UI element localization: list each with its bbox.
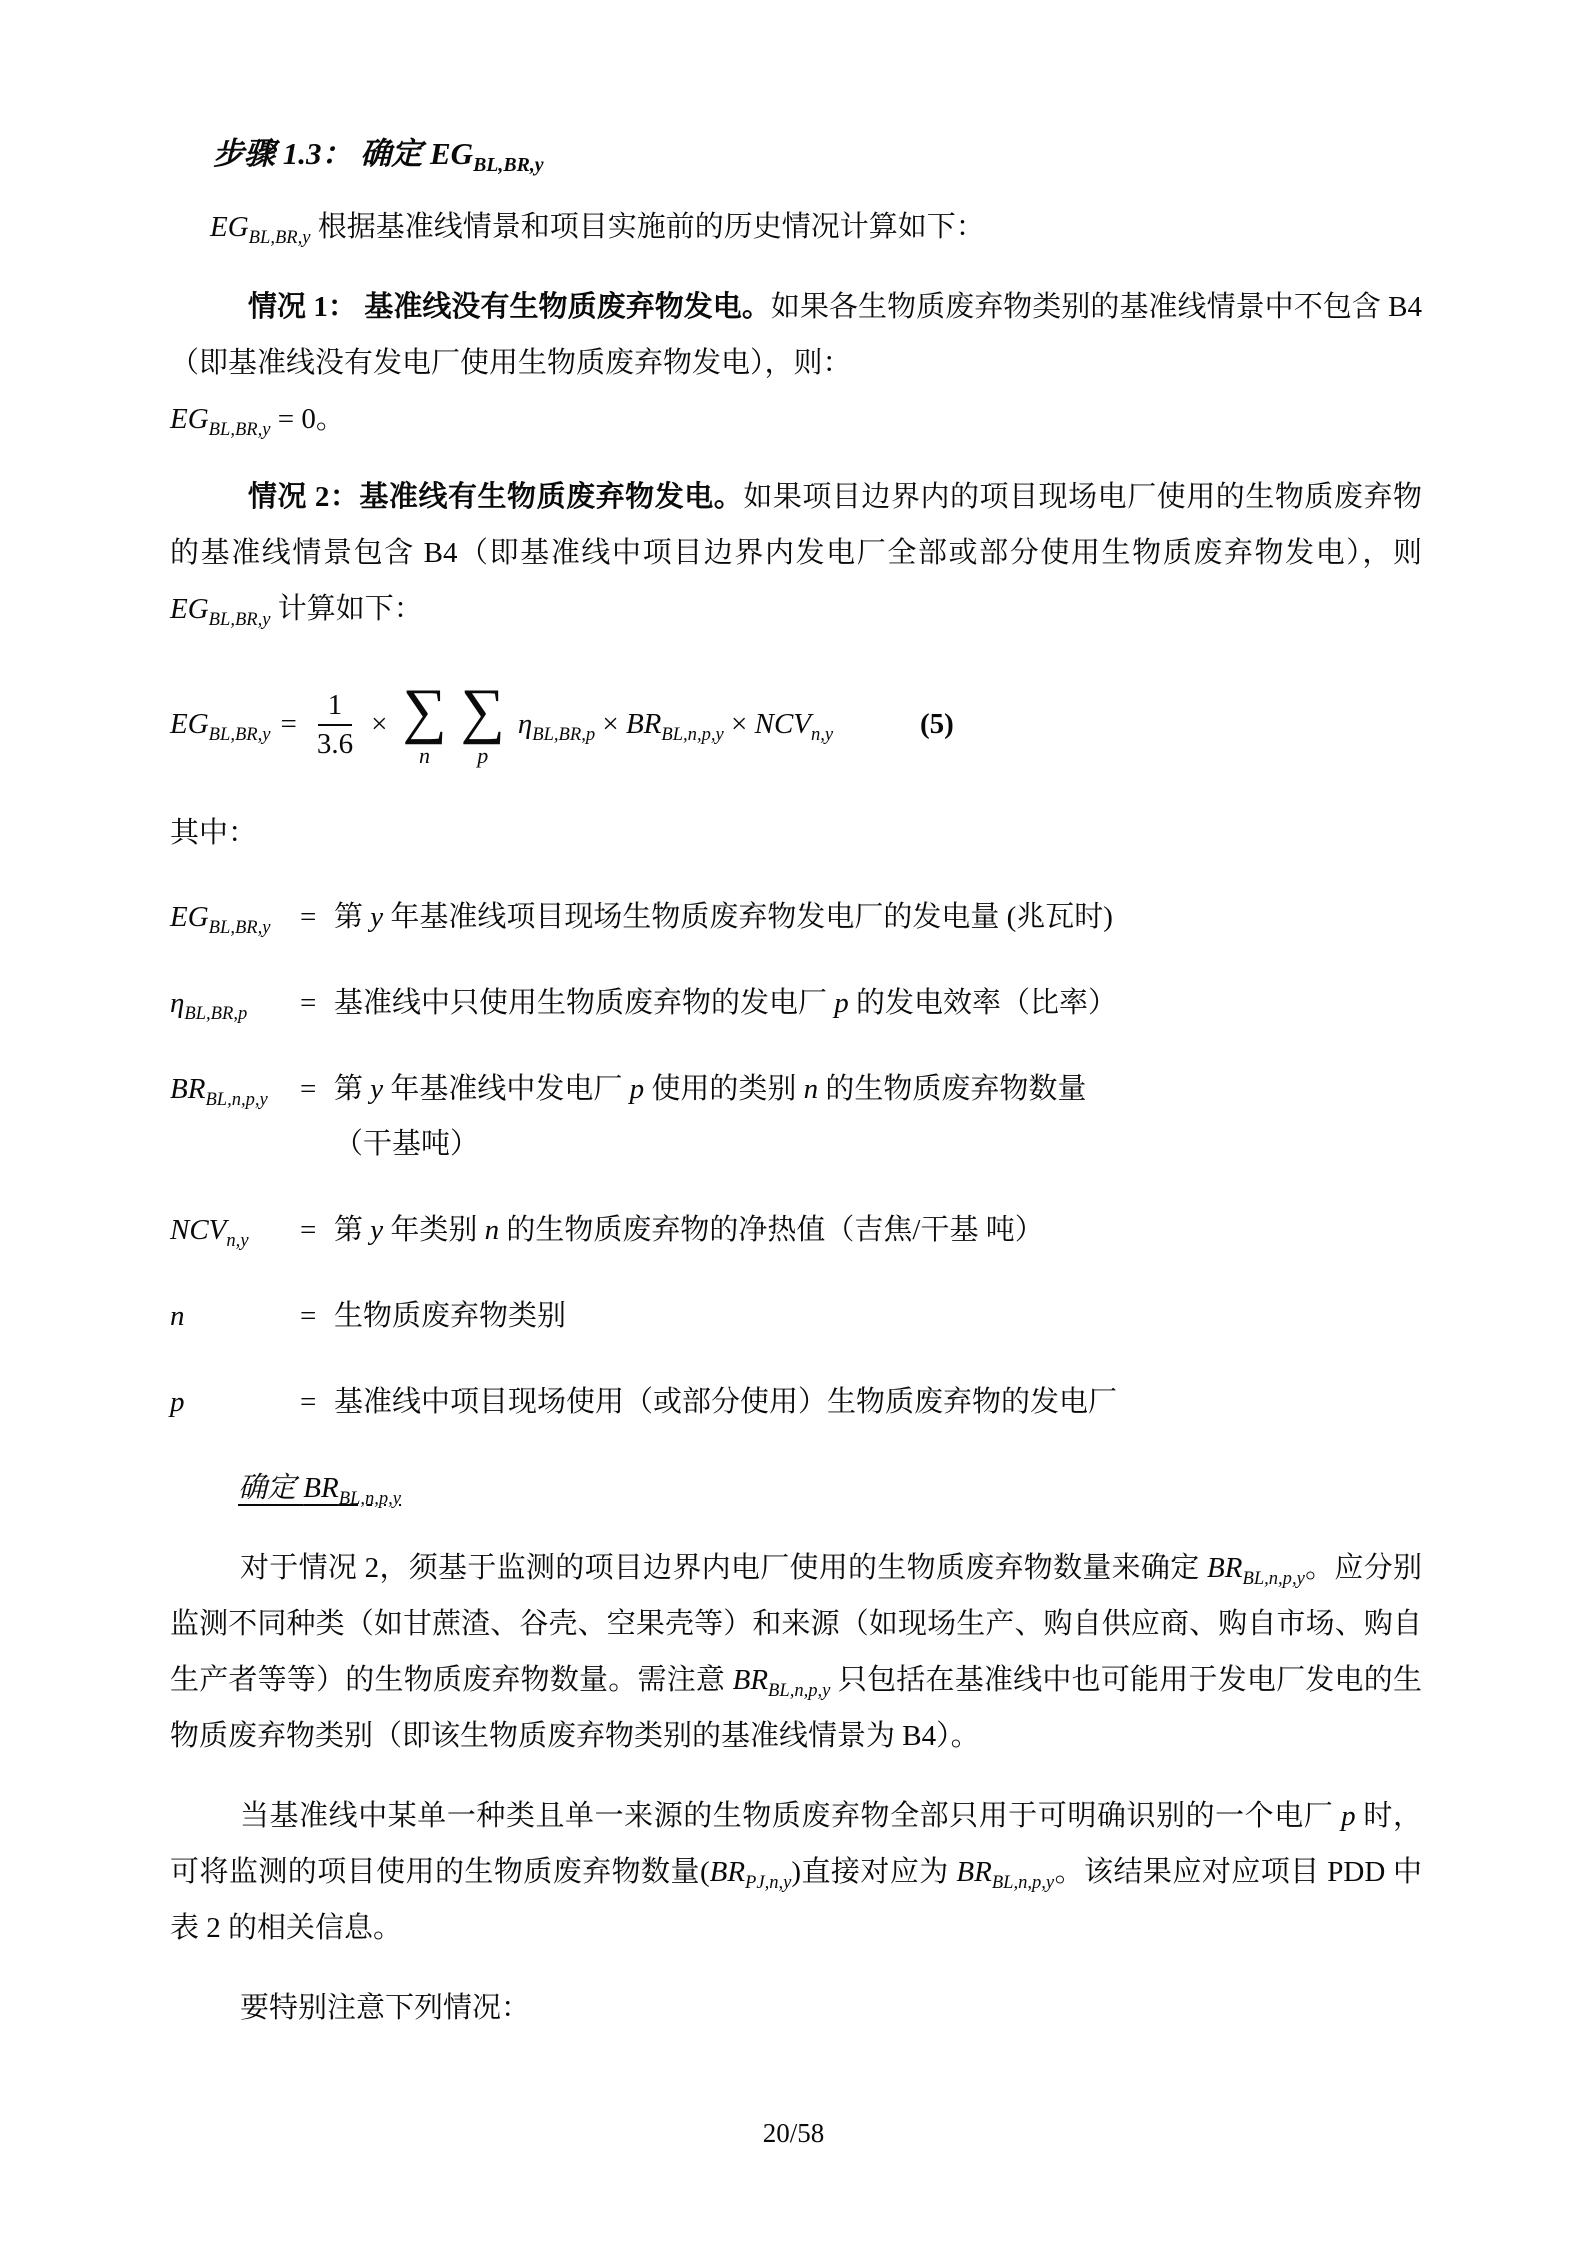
case1-paragraph: 情况 1： 基准线没有生物质废弃物发电。如果各生物质废弃物类别的基准线情景中不包… <box>170 280 1422 392</box>
single-source-paragraph: 当基准线中某单一种类且单一来源的生物质废弃物全部只用于可明确识别的一个电厂 p … <box>170 1789 1422 1957</box>
equals-sign: = <box>300 976 334 1032</box>
equals-sign: = <box>300 890 334 946</box>
case1-equation: EGBL,BR,y = 0。 <box>170 392 1422 448</box>
definition-row: n = 生物质废弃物类别 <box>170 1289 1422 1345</box>
where-label: 其中： <box>170 806 1422 862</box>
definition-text: 生物质废弃物类别 <box>334 1289 1422 1345</box>
note-paragraph: 要特别注意下列情况： <box>170 1981 1422 2037</box>
equation-lhs: EGBL,BR,y <box>170 697 270 753</box>
equation-rhs: ηBL,BR,p × BRBL,n,p,y × NCVn,y <box>518 697 833 753</box>
summation-index-p: p <box>477 745 488 767</box>
definition-text: 基准线中只使用生物质废弃物的发电厂 p 的发电效率（比率） <box>334 976 1422 1032</box>
equals-sign: = <box>300 1203 334 1259</box>
definition-row: NCVn,y = 第 y 年类别 n 的生物质废弃物的净热值（吉焦/干基 吨） <box>170 1203 1422 1259</box>
determine-br-heading-text: 确定 BRBL,n,p,y <box>238 1472 401 1504</box>
definition-term: ηBL,BR,p <box>170 976 300 1032</box>
definition-row: ηBL,BR,p = 基准线中只使用生物质废弃物的发电厂 p 的发电效率（比率） <box>170 976 1422 1032</box>
document-content: 步骤 1.3： 确定 EGBL,BR,y EGBL,BR,y 根据基准线情景和项… <box>0 0 1587 2037</box>
step-heading: 步骤 1.3： 确定 EGBL,BR,y <box>170 124 1422 184</box>
equals-sign: = <box>300 1375 334 1431</box>
equals-sign: = <box>300 1062 334 1118</box>
summation-p: ∑ p <box>461 682 505 767</box>
equation-equals-sign: = <box>280 697 296 753</box>
multiply-sign: × <box>371 697 387 753</box>
definition-text: 第 y 年类别 n 的生物质废弃物的净热值（吉焦/干基 吨） <box>334 1203 1422 1259</box>
fraction-numerator: 1 <box>318 687 353 725</box>
summation-index-n: n <box>419 745 430 767</box>
definition-text: 基准线中项目现场使用（或部分使用）生物质废弃物的发电厂 <box>334 1375 1422 1431</box>
determine-br-heading: 确定 BRBL,n,p,y <box>170 1461 1422 1517</box>
definition-term: EGBL,BR,y <box>170 890 300 946</box>
definition-row: EGBL,BR,y = 第 y 年基准线项目现场生物质废弃物发电厂的发电量 (兆… <box>170 890 1422 946</box>
case2-detail-paragraph: 对于情况 2，须基于监测的项目边界内电厂使用的生物质废弃物数量来确定 BRBL,… <box>170 1541 1422 1765</box>
equation-5: EGBL,BR,y = 1 3.6 × ∑ n ∑ p ηBL,BR,p × B… <box>170 666 1422 784</box>
definition-row: p = 基准线中项目现场使用（或部分使用）生物质废弃物的发电厂 <box>170 1375 1422 1431</box>
definition-row: BRBL,n,p,y = 第 y 年基准线中发电厂 p 使用的类别 n 的生物质… <box>170 1062 1422 1174</box>
definition-term: NCVn,y <box>170 1203 300 1259</box>
sigma-icon: ∑ <box>461 682 505 741</box>
definition-text: 第 y 年基准线项目现场生物质废弃物发电厂的发电量 (兆瓦时) <box>334 890 1422 946</box>
definition-term: BRBL,n,p,y <box>170 1062 300 1118</box>
case2-paragraph: 情况 2：基准线有生物质废弃物发电。如果项目边界内的项目现场电厂使用的生物质废弃… <box>170 470 1422 638</box>
equation-number: (5) <box>920 697 954 753</box>
fraction-denominator: 3.6 <box>307 726 363 762</box>
definition-term: n <box>170 1289 300 1345</box>
intro-paragraph: EGBL,BR,y 根据基准线情景和项目实施前的历史情况计算如下： <box>170 200 1422 256</box>
document-page: 步骤 1.3： 确定 EGBL,BR,y EGBL,BR,y 根据基准线情景和项… <box>0 0 1587 2245</box>
definition-text: 第 y 年基准线中发电厂 p 使用的类别 n 的生物质废弃物数量（干基吨） <box>334 1062 1422 1174</box>
definition-term: p <box>170 1375 300 1431</box>
fraction: 1 3.6 <box>307 687 363 762</box>
summation-n: ∑ n <box>402 682 446 767</box>
page-number: 20/58 <box>0 2107 1587 2159</box>
equals-sign: = <box>300 1289 334 1345</box>
sigma-icon: ∑ <box>402 682 446 741</box>
definitions-list: EGBL,BR,y = 第 y 年基准线项目现场生物质废弃物发电厂的发电量 (兆… <box>170 890 1422 1432</box>
